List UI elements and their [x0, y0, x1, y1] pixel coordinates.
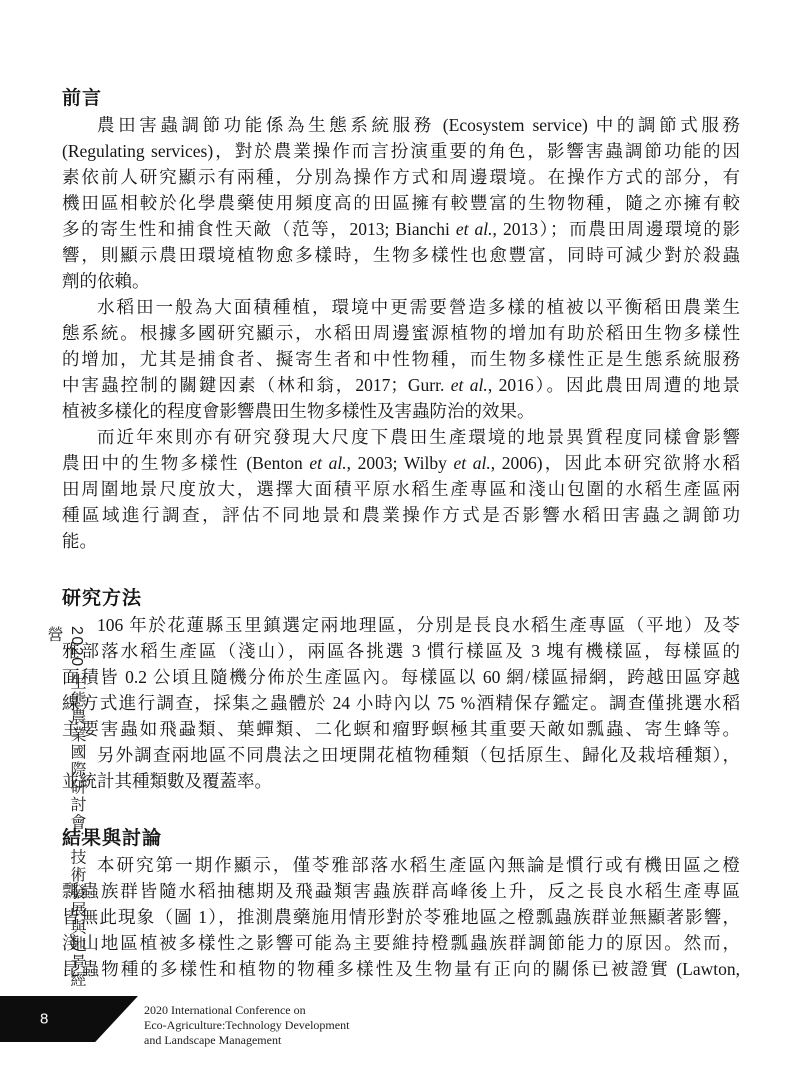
text-line: 能。 — [62, 528, 740, 554]
text-line: 響，則顯示農田環境植物愈多樣時，生物多樣性也愈豐富，同時可減少對於殺蟲 — [62, 242, 740, 268]
text-line: 本研究第一期作顯示，僅苓雅部落水稻生產區內無論是慣行或有機田區之橙 — [62, 852, 740, 878]
text-line: 面積皆 0.2 公頃且隨機分佈於生產區內。每樣區以 60 網/樣區掃網，跨越田區… — [62, 664, 740, 690]
text-line: 中害蟲控制的關鍵因素（林和翁，2017；Gurr. et al., 2016）。… — [62, 372, 740, 398]
footer-line: Eco-Agriculture:Technology Development — [144, 1018, 349, 1033]
text-line: 多的寄生性和捕食性天敵（范等，2013; Bianchi et al., 201… — [62, 216, 740, 242]
page-number-tab: 8 — [0, 996, 138, 1042]
text-line: (Regulating services)，對於農業操作而言扮演重要的角色，影響… — [62, 138, 740, 164]
section-1: 前言農田害蟲調節功能係為生態系統服務 (Ecosystem service) 中… — [62, 86, 740, 554]
text-line: 劑的依賴。 — [62, 268, 740, 294]
text-line: 植被多樣化的程度會影響農田生物多樣性及害蟲防治的效果。 — [62, 398, 740, 424]
text-line: 主要害蟲如飛蝨類、葉蟬類、二化螟和瘤野螟極其重要天敵如瓢蟲、寄生蜂等。 — [62, 716, 740, 742]
page-content: 前言農田害蟲調節功能係為生態系統服務 (Ecosystem service) 中… — [62, 86, 740, 982]
text-line: 農田害蟲調節功能係為生態系統服務 (Ecosystem service) 中的調… — [62, 112, 740, 138]
text-line: 態系統。根據多國研究顯示，水稻田周邊蜜源植物的增加有助於稻田生物多樣性 — [62, 320, 740, 346]
section-3: 結果與討論本研究第一期作顯示，僅苓雅部落水稻生產區內無論是慣行或有機田區之橙瓢蟲… — [62, 826, 740, 982]
text-line: 線方式進行調查，採集之蟲體於 24 小時內以 75 %酒精保存鑑定。調查僅挑選水… — [62, 690, 740, 716]
section-heading: 前言 — [62, 86, 740, 112]
footer-line: 2020 International Conference on — [144, 1003, 349, 1018]
section-2: 研究方法106 年於花蓮縣玉里鎮選定兩地理區，分別是長良水稻生產專區（平地）及苓… — [62, 586, 740, 794]
section-heading: 研究方法 — [62, 586, 740, 612]
text-line: 機田區相較於化學農藥使用頻度高的田區擁有較豐富的生物物種，隨之亦擁有較 — [62, 190, 740, 216]
text-line: 素依前人研究顯示有兩種，分別為操作方式和周邊環境。在操作方式的部分，有 — [62, 164, 740, 190]
text-line: 而近年來則亦有研究發現大尺度下農田生產環境的地景異質程度同樣會影響 — [62, 424, 740, 450]
text-line: 106 年於花蓮縣玉里鎮選定兩地理區，分別是長良水稻生產專區（平地）及苓 — [62, 612, 740, 638]
text-line: 種區域進行調查，評估不同地景和農業操作方式是否影響水稻田害蟲之調節功 — [62, 502, 740, 528]
text-line: 水稻田一般為大面積種植，環境中更需要營造多樣的植被以平衡稻田農業生 — [62, 294, 740, 320]
text-line: 農田中的生物多樣性 (Benton et al., 2003; Wilby et… — [62, 450, 740, 476]
footer-line: and Landscape Management — [144, 1033, 349, 1048]
section-heading: 結果與討論 — [62, 826, 740, 852]
text-line: 瓢蟲族群皆隨水稻抽穗期及飛蝨類害蟲族群高峰後上升，反之長良水稻生產專區 — [62, 878, 740, 904]
text-line: 雅部落水稻生產區（淺山），兩區各挑選 3 慣行樣區及 3 塊有機樣區，每樣區的 — [62, 638, 740, 664]
document-page: 2020 生態農業國際研討會：技術發展與地景經營 前言農田害蟲調節功能係為生態系… — [0, 0, 789, 1080]
page-number: 8 — [40, 1011, 48, 1028]
text-line: 皆無此現象（圖 1），推測農藥施用情形對於苓雅地區之橙瓢蟲族群並無顯著影響， — [62, 904, 740, 930]
text-line: 另外調查兩地區不同農法之田埂開花植物種類（包括原生、歸化及栽培種類）， — [62, 742, 740, 768]
text-line: 田周圍地景尺度放大，選擇大面積平原水稻生產專區和淺山包圍的水稻生產區兩 — [62, 476, 740, 502]
footer-conference-title: 2020 International Conference on Eco-Agr… — [144, 1003, 349, 1048]
text-line: 淺山地區植被多樣性之影響可能為主要維持橙瓢蟲族群調節能力的原因。然而， — [62, 930, 740, 956]
text-line: 的增加，尤其是捕食者、擬寄生者和中性物種，而生物多樣性正是生態系統服務 — [62, 346, 740, 372]
text-line: 昆蟲物種的多樣性和植物的物種多樣性及生物量有正向的關係已被證實 (Lawton, — [62, 956, 740, 982]
text-line: 並統計其種類數及覆蓋率。 — [62, 768, 740, 794]
